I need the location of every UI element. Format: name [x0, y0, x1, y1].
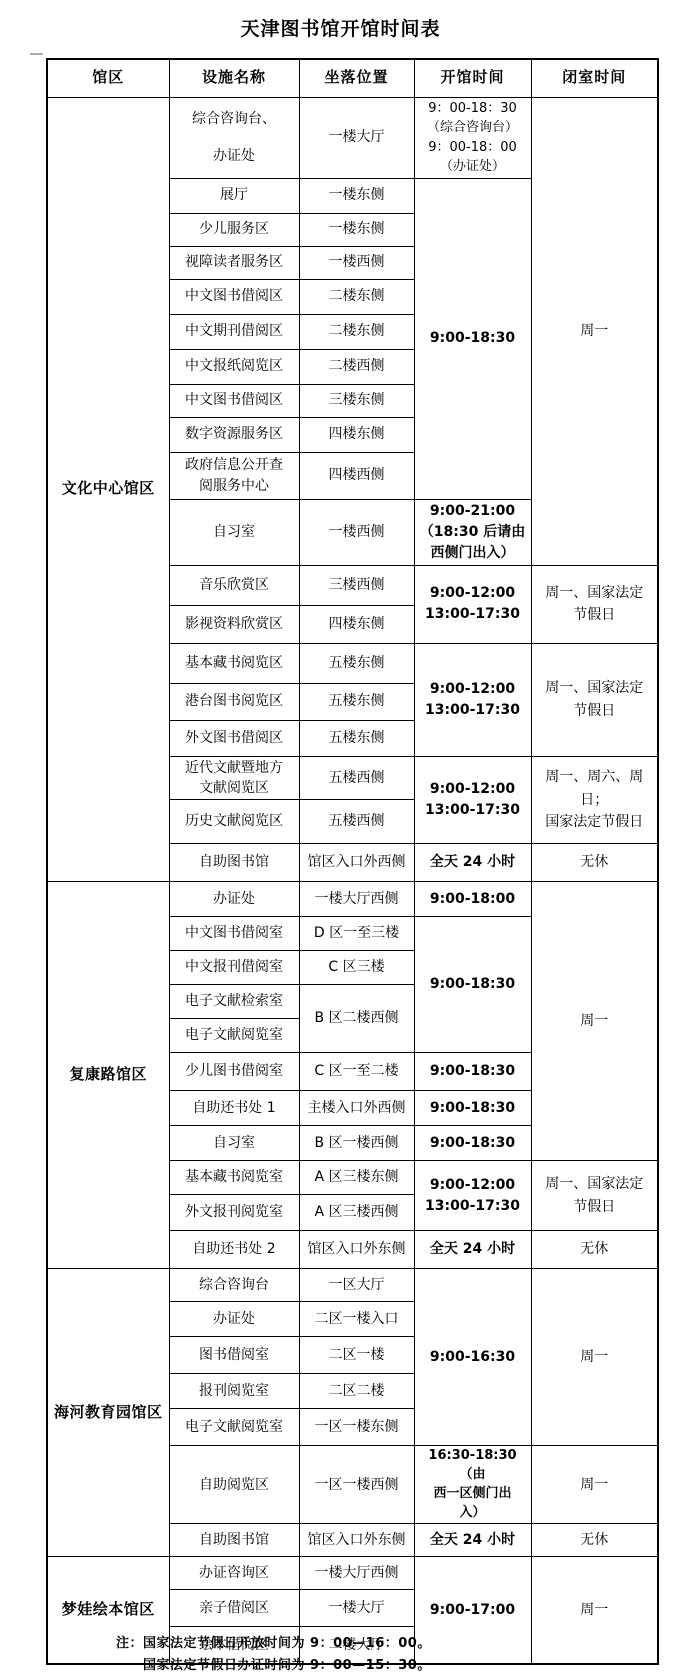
area-cell: 文化中心馆区 — [47, 97, 169, 882]
facility-cell: 电子文献阅览室 — [169, 1019, 299, 1053]
facility-cell: 中文图书借阅室 — [169, 917, 299, 951]
location-cell: B 区二楼西侧 — [299, 985, 414, 1053]
facility-cell: 基本藏书阅览室 — [169, 1161, 299, 1195]
header-facility: 设施名称 — [169, 59, 299, 97]
facility-cell: 自助还书处 1 — [169, 1091, 299, 1126]
open-time-cell: 9:00-12:00 13:00-17:30 — [414, 643, 531, 756]
location-cell: 一楼大厅西侧 — [299, 1557, 414, 1590]
closed-time-cell: 周一 — [531, 1446, 658, 1524]
facility-cell: 自助图书馆 — [169, 844, 299, 882]
facility-cell: 亲子借阅区 — [169, 1590, 299, 1627]
location-cell: 二区二楼 — [299, 1374, 414, 1409]
facility-cell: 少儿图书借阅室 — [169, 1053, 299, 1091]
facility-cell: 办证处 — [169, 1302, 299, 1337]
open-time-cell: 9:00-12:00 13:00-17:30 — [414, 756, 531, 844]
location-cell: 五楼东侧 — [299, 643, 414, 683]
facility-cell: 报刊阅览室 — [169, 1374, 299, 1409]
location-cell: 五楼西侧 — [299, 756, 414, 800]
table-row: 海河教育园馆区 综合咨询台 一区大厅 9:00-16:30 周一 — [47, 1269, 658, 1302]
header-open-time: 开馆时间 — [414, 59, 531, 97]
facility-cell: 中文报刊借阅室 — [169, 951, 299, 985]
facility-cell: 港台图书阅览区 — [169, 683, 299, 720]
facility-cell: 电子文献阅览室 — [169, 1409, 299, 1446]
location-cell: A 区三楼东侧 — [299, 1161, 414, 1195]
location-cell: 主楼入口外西侧 — [299, 1091, 414, 1126]
open-time-cell: 9:00-18:30 — [414, 917, 531, 1053]
open-time-cell: 9:00-18:30 — [414, 1126, 531, 1161]
location-cell: A 区三楼西侧 — [299, 1195, 414, 1231]
open-time-cell: 9:00-12:00 13:00-17:30 — [414, 1161, 531, 1231]
header-closed-time: 闭室时间 — [531, 59, 658, 97]
facility-cell: 基本藏书阅览区 — [169, 643, 299, 683]
location-cell: 一楼东侧 — [299, 213, 414, 246]
facility-cell: 图书借阅室 — [169, 1337, 299, 1374]
closed-time-cell: 周一 — [531, 1557, 658, 1664]
closed-time-cell: 无休 — [531, 844, 658, 882]
facility-cell: 综合咨询台 — [169, 1269, 299, 1302]
location-cell: 五楼西侧 — [299, 800, 414, 844]
closed-time-cell: 周一、国家法定 节假日 — [531, 565, 658, 643]
facility-cell: 自助还书处 2 — [169, 1231, 299, 1269]
area-cell: 复康路馆区 — [47, 882, 169, 1269]
note-line-1: 注：国家法定节假日开放时间为 9：00—16：00。 — [116, 1632, 431, 1651]
facility-cell: 中文期刊借阅区 — [169, 314, 299, 349]
facility-cell: 少儿服务区 — [169, 213, 299, 246]
facility-cell: 自习室 — [169, 1126, 299, 1161]
facility-cell: 中文图书借阅区 — [169, 279, 299, 314]
location-cell: C 区三楼 — [299, 951, 414, 985]
facility-cell: 视障读者服务区 — [169, 246, 299, 279]
note-line-2: 国家法定节假日办证时间为 9：00—15：30。 — [143, 1654, 431, 1673]
location-cell: 一区大厅 — [299, 1269, 414, 1302]
page-title: 天津图书馆开馆时间表 — [0, 14, 681, 41]
location-cell: 一区一楼西侧 — [299, 1446, 414, 1524]
facility-cell: 展厅 — [169, 178, 299, 213]
open-time-cell: 9:00-18:30 — [414, 178, 531, 499]
open-time-cell: 9:00-17:00 — [414, 1557, 531, 1664]
location-cell: 一楼东侧 — [299, 178, 414, 213]
location-cell: 五楼东侧 — [299, 683, 414, 720]
location-cell: 一楼大厅 — [299, 97, 414, 178]
location-cell: C 区一至二楼 — [299, 1053, 414, 1091]
location-cell: B 区一楼西侧 — [299, 1126, 414, 1161]
closed-time-cell: 周一、周六、周日； 国家法定节假日 — [531, 756, 658, 844]
open-time-cell: 9：00-18：30 （综合咨询台） 9：00-18：00 （办证处） — [414, 97, 531, 178]
facility-cell: 自助图书馆 — [169, 1524, 299, 1557]
closed-time-cell: 无休 — [531, 1524, 658, 1557]
facility-cell: 政府信息公开查 阅服务中心 — [169, 452, 299, 499]
artifact-mark — [30, 53, 43, 55]
open-time-cell: 全天 24 小时 — [414, 1524, 531, 1557]
facility-cell: 办证咨询区 — [169, 1557, 299, 1590]
facility-cell: 历史文献阅览区 — [169, 800, 299, 844]
closed-time-cell: 周一、国家法定 节假日 — [531, 1161, 658, 1231]
location-cell: 四楼东侧 — [299, 605, 414, 643]
table-row: 文化中心馆区 综合咨询台、 办证处 一楼大厅 9：00-18：30 （综合咨询台… — [47, 97, 658, 178]
facility-cell: 影视资料欣赏区 — [169, 605, 299, 643]
location-cell: 二楼东侧 — [299, 279, 414, 314]
page: 天津图书馆开馆时间表 馆区 设施名称 坐落位置 开馆时间 闭室时间 文化中心馆区… — [0, 0, 681, 1674]
open-time-cell: 9:00-21:00 （18:30 后请由 西侧门出入） — [414, 499, 531, 565]
open-time-cell: 9:00-18:30 — [414, 1091, 531, 1126]
closed-time-cell: 无休 — [531, 1231, 658, 1269]
area-cell: 海河教育园馆区 — [47, 1269, 169, 1557]
location-cell: 馆区入口外东侧 — [299, 1524, 414, 1557]
open-time-cell: 全天 24 小时 — [414, 1231, 531, 1269]
facility-cell: 数字资源服务区 — [169, 417, 299, 452]
table-row: 梦娃绘本馆区 办证咨询区 一楼大厅西侧 9:00-17:00 周一 — [47, 1557, 658, 1590]
table-row: 复康路馆区 办证处 一楼大厅西侧 9:00-18:00 周一 — [47, 882, 658, 917]
location-cell: 一楼大厅西侧 — [299, 882, 414, 917]
location-cell: D 区一至三楼 — [299, 917, 414, 951]
location-cell: 一楼西侧 — [299, 246, 414, 279]
header-area: 馆区 — [47, 59, 169, 97]
facility-cell: 自习室 — [169, 499, 299, 565]
facility-cell: 外文报刊阅览室 — [169, 1195, 299, 1231]
header-row: 馆区 设施名称 坐落位置 开馆时间 闭室时间 — [47, 59, 658, 97]
header-location: 坐落位置 — [299, 59, 414, 97]
open-time-cell: 9:00-18:30 — [414, 1053, 531, 1091]
facility-cell: 音乐欣赏区 — [169, 565, 299, 605]
open-time-cell: 全天 24 小时 — [414, 844, 531, 882]
location-cell: 二区一楼入口 — [299, 1302, 414, 1337]
location-cell: 三楼东侧 — [299, 384, 414, 417]
location-cell: 四楼东侧 — [299, 417, 414, 452]
location-cell: 一区一楼东侧 — [299, 1409, 414, 1446]
open-time-cell: 9:00-16:30 — [414, 1269, 531, 1446]
location-cell: 五楼东侧 — [299, 720, 414, 756]
location-cell: 馆区入口外西侧 — [299, 844, 414, 882]
closed-time-cell: 周一 — [531, 882, 658, 1161]
location-cell: 二区一楼 — [299, 1337, 414, 1374]
location-cell: 四楼西侧 — [299, 452, 414, 499]
closed-time-cell: 周一 — [531, 1269, 658, 1446]
location-cell: 三楼西侧 — [299, 565, 414, 605]
facility-cell: 近代文献暨地方 文献阅览区 — [169, 756, 299, 800]
facility-cell: 综合咨询台、 办证处 — [169, 97, 299, 178]
closed-time-cell: 周一、国家法定 节假日 — [531, 643, 658, 756]
open-time-cell: 16:30-18:30（由 西一区侧门出 入） — [414, 1446, 531, 1524]
open-time-cell: 9:00-12:00 13:00-17:30 — [414, 565, 531, 643]
facility-cell: 自助阅览区 — [169, 1446, 299, 1524]
opening-hours-table: 馆区 设施名称 坐落位置 开馆时间 闭室时间 文化中心馆区 综合咨询台、 办证处… — [46, 58, 659, 1665]
facility-cell: 电子文献检索室 — [169, 985, 299, 1019]
location-cell: 一楼西侧 — [299, 499, 414, 565]
location-cell: 二楼西侧 — [299, 349, 414, 384]
location-cell: 馆区入口外东侧 — [299, 1231, 414, 1269]
closed-time-cell: 周一 — [531, 97, 658, 565]
facility-cell: 办证处 — [169, 882, 299, 917]
facility-cell: 中文图书借阅区 — [169, 384, 299, 417]
facility-cell: 中文报纸阅览区 — [169, 349, 299, 384]
location-cell: 一楼大厅 — [299, 1590, 414, 1627]
facility-cell: 外文图书借阅区 — [169, 720, 299, 756]
open-time-cell: 9:00-18:00 — [414, 882, 531, 917]
location-cell: 二楼东侧 — [299, 314, 414, 349]
